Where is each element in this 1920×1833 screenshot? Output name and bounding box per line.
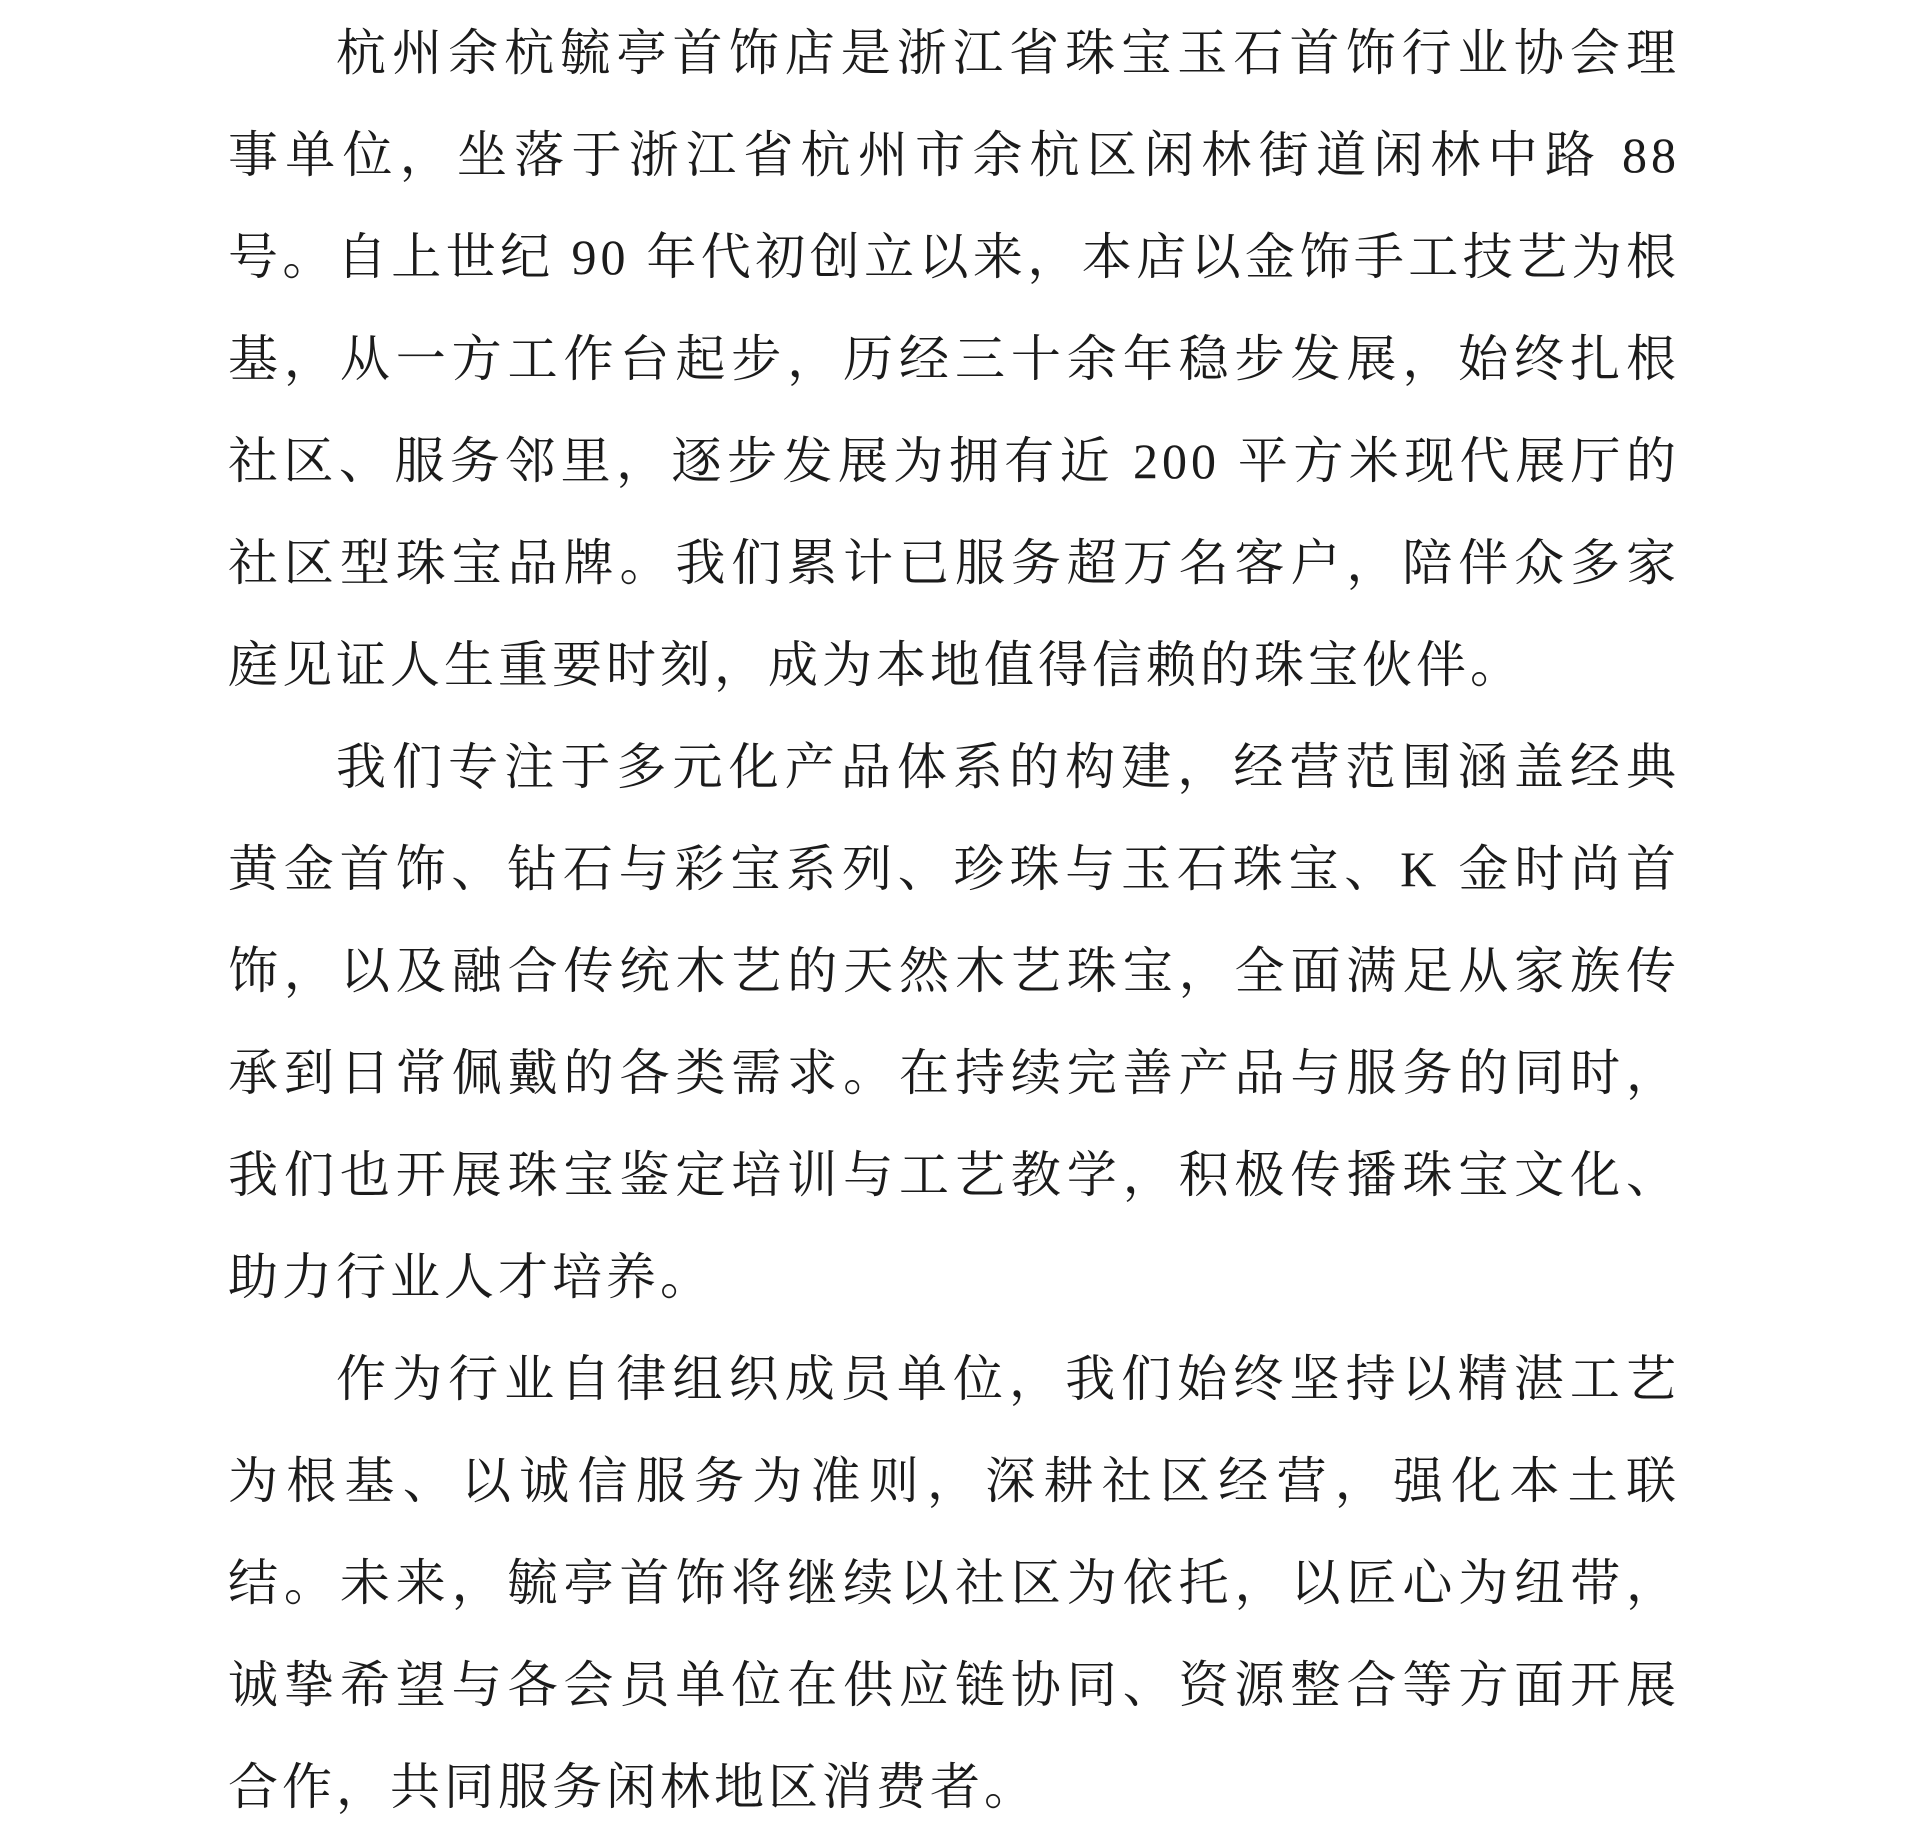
paragraph-values-outlook: 作为行业自律组织成员单位，我们始终坚持以精湛工艺为根基、以诚信服务为准则，深耕社… [228,1328,1680,1833]
paragraph-product-lines: 我们专注于多元化产品体系的构建，经营范围涵盖经典黄金首饰、钻石与彩宝系列、珍珠与… [228,716,1680,1328]
paragraph-company-overview: 杭州余杭毓亭首饰店是浙江省珠宝玉石首饰行业协会理事单位，坐落于浙江省杭州市余杭区… [228,2,1680,716]
document-page: 杭州余杭毓亭首饰店是浙江省珠宝玉石首饰行业协会理事单位，坐落于浙江省杭州市余杭区… [0,0,1920,1833]
